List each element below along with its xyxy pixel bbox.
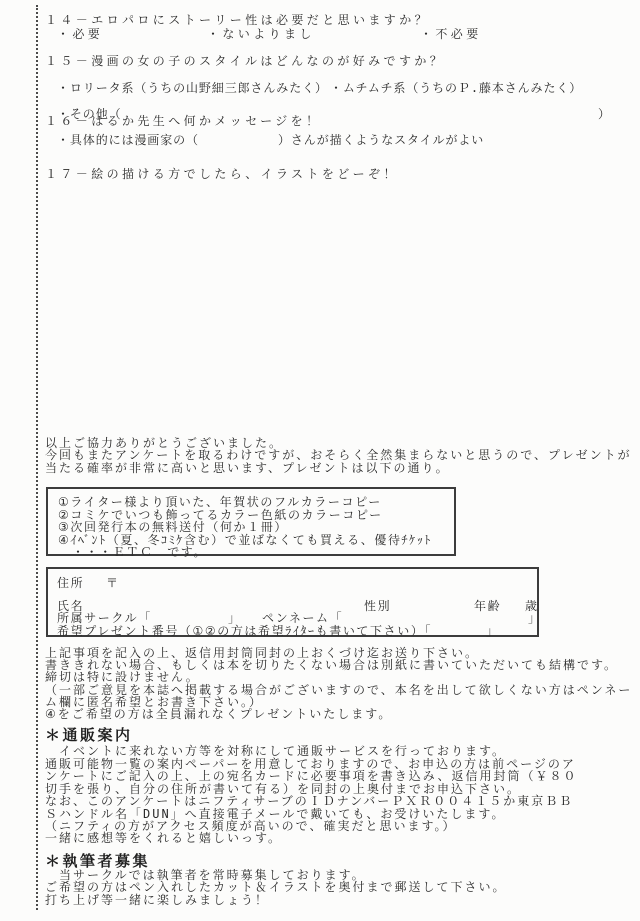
q15-option-other-close: ）	[598, 108, 611, 121]
q15-option-muchimuchi: ・ムチムチ系（うちのＰ.藤本さんみたく）	[330, 82, 582, 95]
scanned-questionnaire-page: １４－エロパロにストーリー性は必要だと思いますか？ ・必要 ・ないよりまし ・不…	[0, 0, 640, 921]
q14-option-necessary: ・必要	[57, 28, 103, 41]
q15-option-lolita: ・ロリータ系（うちの山野細三郎さんみたく）	[57, 82, 328, 95]
q15-option-artist-close: ）さんが描くようなスタイルがよい	[278, 134, 484, 147]
question-15-style-options: ・ロリータ系（うちの山野細三郎さんみたく） ・ムチムチ系（うちのＰ.藤本さんみた…	[45, 82, 635, 96]
entry-form-box: 住所 〒 氏名 性別 年齢 歳 所属サークル「 」 ペンネーム「 」 希望プレゼ…	[46, 567, 539, 637]
q15-option-artist-open: ・具体的には漫画家の（	[57, 134, 199, 147]
mail-order-line: 一緒に感想等をくれると嬉しいっす。	[45, 832, 282, 845]
prize-number-field-close-bracket: 」	[486, 622, 500, 639]
recruit-line: 打ち上げ等一緒に楽しみましょう！	[45, 894, 269, 907]
question-15-artist-option: ・具体的には漫画家の（ ）さんが描くようなスタイルがよい	[45, 134, 635, 148]
sex-field-label: 性別	[364, 597, 391, 614]
dotted-cut-line	[36, 5, 38, 910]
question-14-title: １４－エロパロにストーリー性は必要だと思いますか？	[45, 14, 430, 27]
question-14-options: ・必要 ・ないよりまし ・不必要	[45, 28, 605, 42]
postal-code-mark: 〒	[106, 574, 120, 591]
prize-number-field-label: 希望プレゼント番号（①②の方は希望ﾗｲﾀｰも書いて下さい）「	[57, 622, 432, 639]
question-17-title: １７－絵の描ける方でしたら、イラストをどーぞ！	[45, 168, 399, 181]
prize-item-etc: ・・・ＥＴＣ です。	[72, 543, 207, 560]
prize-list-box: ①ライター様より頂いた、年賀状のフルカラーコピー ②コミケでいつも飾ってるカラー…	[46, 487, 456, 556]
address-field-label: 住所	[57, 574, 84, 591]
thanks-line: 当たる確率が非常に高いと思います、プレゼントは以下の通り。	[45, 462, 450, 475]
question-15-title: １５－漫画の女の子のスタイルはどんなのが好みですか？	[45, 55, 445, 68]
question-16-title: １６－はるか先生へ何かメッセージを！	[45, 115, 321, 128]
q14-option-unnecessary: ・不必要	[420, 28, 482, 41]
age-field-label: 年齢	[474, 597, 501, 614]
instruction-line: ④をご希望の方は全員漏れなくプレゼントいたします。	[45, 708, 392, 721]
q14-option-better-than-nothing: ・ないよりまし	[207, 28, 315, 41]
mail-order-heading: ＊通販案内	[45, 724, 133, 745]
penname-field-close-bracket: 」	[528, 609, 542, 626]
